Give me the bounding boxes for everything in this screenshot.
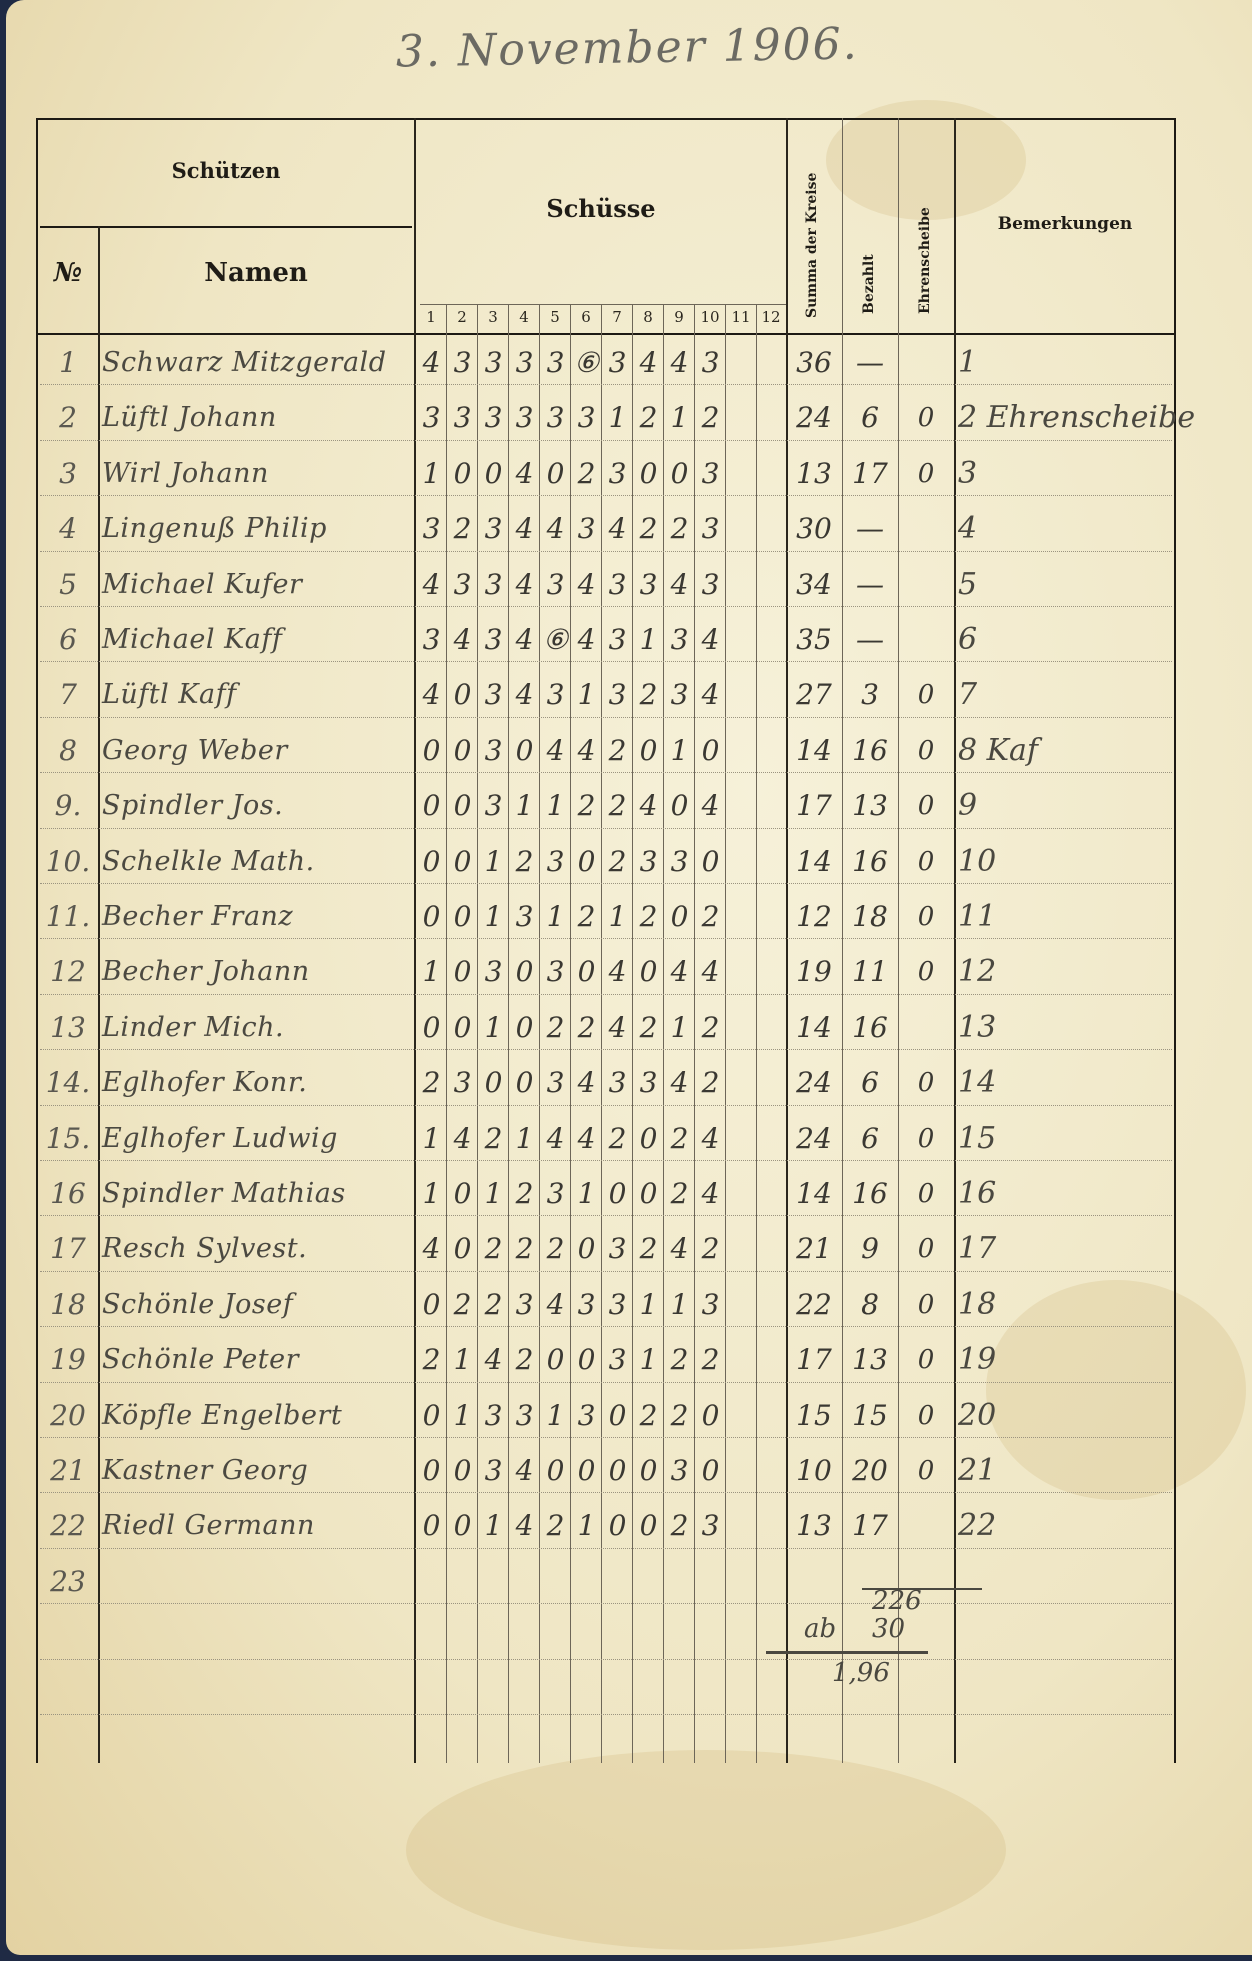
shot-numbers-top — [420, 304, 786, 305]
remark: 14 — [958, 1059, 1178, 1107]
shot-score: 3 — [664, 616, 695, 664]
shot-score: 2 — [664, 1336, 695, 1384]
shot-score: 3 — [695, 561, 726, 609]
shot-score: 0 — [416, 727, 447, 775]
shooter-name: Becher Johann — [102, 948, 422, 996]
table-row: 20Köpfle Engelbert01331302201515020 — [36, 1388, 1176, 1443]
shot-score: 1 — [571, 1170, 602, 1218]
table-row: 14.Eglhofer Konr.2300343342246014 — [36, 1055, 1176, 1110]
shot-score: 0 — [416, 893, 447, 941]
sum-of-rings: 22 — [786, 1281, 842, 1329]
shot-score: 2 — [633, 505, 664, 553]
shot-score: 2 — [664, 1115, 695, 1163]
shot-score: 3 — [602, 450, 633, 498]
shot-score: 4 — [695, 1170, 726, 1218]
shot-score: 0 — [447, 671, 478, 719]
paid-amount: 8 — [842, 1281, 898, 1329]
honor-target: 0 — [898, 838, 954, 886]
shot-score: 1 — [664, 394, 695, 442]
shot-score: 4 — [633, 339, 664, 387]
paid-amount: 15 — [842, 1392, 898, 1440]
paid-amount: 3 — [842, 671, 898, 719]
shot-score: 1 — [416, 450, 447, 498]
shot-score: 2 — [540, 1225, 571, 1273]
shot-score: 2 — [447, 505, 478, 553]
shooter-name: Resch Sylvest. — [102, 1225, 422, 1273]
paid-amount: 16 — [842, 1004, 898, 1052]
shot-score: 0 — [571, 948, 602, 996]
sum-of-rings: 36 — [786, 339, 842, 387]
row-number: 17 — [38, 1225, 98, 1273]
remark: 3 — [958, 450, 1178, 498]
shot-score: 1 — [571, 1502, 602, 1550]
shot-number-4: 4 — [509, 308, 539, 326]
shot-score: 3 — [571, 1281, 602, 1329]
remark: 16 — [958, 1170, 1178, 1218]
shot-score: 3 — [478, 394, 509, 442]
shot-score: 0 — [633, 1447, 664, 1495]
shot-score: 2 — [695, 394, 726, 442]
shooter-name: Kastner Georg — [102, 1447, 422, 1495]
sum-of-rings: 12 — [786, 893, 842, 941]
table-row: 13Linder Mich.0010224212141613 — [36, 1000, 1176, 1055]
shot-score: 2 — [633, 1225, 664, 1273]
paid-amount: 20 — [842, 1447, 898, 1495]
sum-of-rings: 24 — [786, 1059, 842, 1107]
shot-score: 2 — [695, 1059, 726, 1107]
remark: 2 Ehrenscheibe — [958, 394, 1178, 442]
sum-of-rings: 14 — [786, 1170, 842, 1218]
shooter-name: Georg Weber — [102, 727, 422, 775]
shot-score: 0 — [633, 948, 664, 996]
row-number: 6 — [38, 616, 98, 664]
honor-target: 0 — [898, 948, 954, 996]
shot-score — [478, 1558, 509, 1606]
shot-score: 3 — [416, 505, 447, 553]
shot-score: 0 — [416, 1447, 447, 1495]
sum-of-rings: 13 — [786, 1502, 842, 1550]
remark: 22 — [958, 1502, 1178, 1550]
paid-amount: 6 — [842, 394, 898, 442]
shot-score: 4 — [664, 1059, 695, 1107]
header-bemerkungen: Bemerkungen — [956, 214, 1174, 234]
table-row: 12Becher Johann10303040441911012 — [36, 944, 1176, 999]
row-number: 8 — [38, 727, 98, 775]
shot-score: 2 — [633, 893, 664, 941]
table-row: 18Schönle Josef0223433113228018 — [36, 1277, 1176, 1332]
shot-score: 2 — [509, 838, 540, 886]
paper-stain — [406, 1750, 1006, 1950]
shot-score: ⑥ — [571, 339, 602, 387]
header-bezahlt: Bezahlt — [861, 254, 877, 314]
shot-score: 3 — [540, 561, 571, 609]
total-value: 1,96 — [832, 1658, 890, 1688]
shot-score: 2 — [509, 1170, 540, 1218]
shot-score: 2 — [664, 505, 695, 553]
shot-score: 3 — [416, 394, 447, 442]
remark: 11 — [958, 893, 1178, 941]
paid-amount: 11 — [842, 948, 898, 996]
shooter-name — [102, 1558, 422, 1606]
paid-amount: — — [842, 561, 898, 609]
shooter-name: Spindler Mathias — [102, 1170, 422, 1218]
shot-score: 3 — [602, 1281, 633, 1329]
shot-score: 4 — [509, 561, 540, 609]
shot-score — [509, 1558, 540, 1606]
shot-score: 0 — [602, 1170, 633, 1218]
shot-score: 4 — [509, 505, 540, 553]
shot-score: 3 — [571, 394, 602, 442]
table-row: 6Michael Kaff3434⑥4313435—6 — [36, 612, 1176, 667]
shot-score: 0 — [416, 1502, 447, 1550]
shooter-name: Wirl Johann — [102, 450, 422, 498]
shooter-name: Linder Mich. — [102, 1004, 422, 1052]
shot-score: 0 — [447, 727, 478, 775]
paid-amount: 13 — [842, 1336, 898, 1384]
shot-score: 0 — [571, 1225, 602, 1273]
honor-target — [898, 505, 954, 553]
shooter-name: Riedl Germann — [102, 1502, 422, 1550]
shot-score: 3 — [478, 561, 509, 609]
shot-score: 4 — [664, 1225, 695, 1273]
shot-score: 0 — [664, 893, 695, 941]
shot-score: 4 — [695, 1115, 726, 1163]
shot-score: 2 — [571, 893, 602, 941]
remark: 15 — [958, 1115, 1178, 1163]
shot-score: 2 — [540, 1004, 571, 1052]
shot-score: 3 — [602, 671, 633, 719]
remark: 20 — [958, 1392, 1178, 1440]
honor-target — [898, 1004, 954, 1052]
deduction-value: 30 — [872, 1614, 905, 1644]
shot-score: 4 — [509, 1447, 540, 1495]
row-rule — [40, 1714, 1172, 1715]
shot-score: 0 — [571, 1336, 602, 1384]
shot-number-3: 3 — [478, 308, 508, 326]
shooter-name: Becher Franz — [102, 893, 422, 941]
shot-score: 3 — [602, 339, 633, 387]
sum-of-rings: 24 — [786, 394, 842, 442]
shot-score: 1 — [540, 1392, 571, 1440]
row-number: 15. — [38, 1115, 98, 1163]
paid-amount: 9 — [842, 1225, 898, 1273]
shot-score: 0 — [447, 1004, 478, 1052]
table-row: 4Lingenuß Philip323443422330—4 — [36, 501, 1176, 556]
shot-score: 3 — [664, 1447, 695, 1495]
shot-score: 1 — [540, 782, 571, 830]
shot-score: 0 — [416, 1392, 447, 1440]
row-number: 13 — [38, 1004, 98, 1052]
remark: 19 — [958, 1336, 1178, 1384]
page-title-date: 3. November 1906. — [395, 17, 916, 96]
shot-score: 3 — [478, 671, 509, 719]
header-nr: № — [40, 258, 96, 288]
shot-score: 0 — [509, 948, 540, 996]
honor-target: 0 — [898, 1170, 954, 1218]
shooter-name: Schönle Peter — [102, 1336, 422, 1384]
shot-score: 4 — [447, 616, 478, 664]
shot-score: 3 — [633, 561, 664, 609]
shot-score: 1 — [664, 727, 695, 775]
shot-score: 4 — [540, 1115, 571, 1163]
shot-number-9: 9 — [664, 308, 694, 326]
shooter-name: Michael Kaff — [102, 616, 422, 664]
shot-score: 0 — [478, 1059, 509, 1107]
sum-of-rings: 21 — [786, 1225, 842, 1273]
row-number: 3 — [38, 450, 98, 498]
honor-target: 0 — [898, 727, 954, 775]
shot-score: 4 — [571, 1059, 602, 1107]
shot-score: 1 — [602, 893, 633, 941]
shot-score: 0 — [416, 782, 447, 830]
sum-of-rings: 13 — [786, 450, 842, 498]
shot-score: 0 — [571, 1447, 602, 1495]
shot-score: 0 — [447, 782, 478, 830]
shot-score: 4 — [571, 1115, 602, 1163]
row-number: 14. — [38, 1059, 98, 1107]
shot-score: 2 — [695, 1225, 726, 1273]
schuetzen-divider — [40, 226, 412, 228]
shooter-name: Köpfle Engelbert — [102, 1392, 422, 1440]
shot-score: 3 — [478, 782, 509, 830]
shot-score: 4 — [416, 1225, 447, 1273]
honor-target — [898, 339, 954, 387]
sum-of-rings — [786, 1558, 842, 1606]
row-number: 12 — [38, 948, 98, 996]
paid-amount: — — [842, 505, 898, 553]
remark: 4 — [958, 505, 1178, 553]
table-row: 9.Spindler Jos.0031122404171309 — [36, 778, 1176, 833]
shooter-name: Schwarz Mitzgerald — [102, 339, 422, 387]
row-number: 18 — [38, 1281, 98, 1329]
shot-score: 0 — [695, 838, 726, 886]
shot-score: 3 — [695, 505, 726, 553]
paid-amount: — — [842, 339, 898, 387]
shot-score: 0 — [540, 1447, 571, 1495]
remark: 9 — [958, 782, 1178, 830]
shot-score: 2 — [664, 1502, 695, 1550]
shot-number-5: 5 — [540, 308, 570, 326]
shot-score: 2 — [633, 1392, 664, 1440]
shot-score: 4 — [695, 782, 726, 830]
shot-score: 3 — [602, 561, 633, 609]
shot-score: 0 — [447, 450, 478, 498]
ledger-page: 3. November 1906. Schützen № Namen — [6, 0, 1252, 1955]
shot-score: 4 — [509, 450, 540, 498]
shot-score: 0 — [447, 948, 478, 996]
shot-score: 3 — [602, 1336, 633, 1384]
shot-score: 3 — [540, 339, 571, 387]
remark: 13 — [958, 1004, 1178, 1052]
shot-score: 3 — [509, 1281, 540, 1329]
shot-score: 3 — [447, 339, 478, 387]
sum-of-rings: 19 — [786, 948, 842, 996]
row-number: 16 — [38, 1170, 98, 1218]
shot-score: 2 — [416, 1059, 447, 1107]
shot-score: 4 — [602, 948, 633, 996]
shot-score: 3 — [478, 948, 509, 996]
shot-score: 0 — [602, 1502, 633, 1550]
shot-score: 0 — [416, 1004, 447, 1052]
shooter-name: Eglhofer Ludwig — [102, 1115, 422, 1163]
sum-of-rings: 15 — [786, 1392, 842, 1440]
shot-score: 4 — [416, 671, 447, 719]
shot-score: 3 — [447, 394, 478, 442]
row-number: 11. — [38, 893, 98, 941]
honor-target: 0 — [898, 1059, 954, 1107]
shot-score: 3 — [540, 948, 571, 996]
row-number: 23 — [38, 1558, 98, 1606]
honor-target: 0 — [898, 782, 954, 830]
honor-target — [898, 1502, 954, 1550]
shot-score: 2 — [416, 1336, 447, 1384]
shot-score: 1 — [633, 616, 664, 664]
shot-score: 3 — [447, 561, 478, 609]
shot-score: 3 — [509, 394, 540, 442]
shot-score: 0 — [571, 838, 602, 886]
shot-score: 0 — [695, 727, 726, 775]
shot-score: 3 — [633, 838, 664, 886]
header-summa: Summa der Kreise — [804, 173, 820, 318]
table-row: 17Resch Sylvest.4022203242219017 — [36, 1221, 1176, 1276]
shot-score: 1 — [447, 1336, 478, 1384]
shot-score: 3 — [540, 1059, 571, 1107]
shot-score: 2 — [571, 450, 602, 498]
shot-score: 2 — [571, 782, 602, 830]
shooter-name: Schelkle Math. — [102, 838, 422, 886]
row-rule — [40, 1659, 1172, 1660]
shot-score: 3 — [695, 1502, 726, 1550]
shot-score: 2 — [633, 1004, 664, 1052]
shot-score: 0 — [478, 450, 509, 498]
shot-score: 4 — [447, 1115, 478, 1163]
shot-score: 1 — [664, 1004, 695, 1052]
shot-score: 3 — [416, 616, 447, 664]
shot-score: 1 — [447, 1392, 478, 1440]
shooter-name: Eglhofer Konr. — [102, 1059, 422, 1107]
shot-score: 2 — [509, 1336, 540, 1384]
remark: 5 — [958, 561, 1178, 609]
shot-score: 1 — [416, 1115, 447, 1163]
shot-score: 0 — [602, 1447, 633, 1495]
remark: 17 — [958, 1225, 1178, 1273]
shot-number-6: 6 — [571, 308, 601, 326]
honor-target: 0 — [898, 450, 954, 498]
shot-score: 3 — [478, 339, 509, 387]
row-number: 21 — [38, 1447, 98, 1495]
shot-score: 3 — [447, 1059, 478, 1107]
shot-score: 4 — [571, 727, 602, 775]
shot-score: 3 — [478, 1447, 509, 1495]
table-row: 3Wirl Johann1004023003131703 — [36, 446, 1176, 501]
sum-of-rings: 14 — [786, 727, 842, 775]
shot-number-2: 2 — [447, 308, 477, 326]
honor-target: 0 — [898, 893, 954, 941]
shot-score: 3 — [602, 1059, 633, 1107]
shot-score: 4 — [416, 339, 447, 387]
shot-score: 2 — [664, 1392, 695, 1440]
shot-score: 3 — [509, 893, 540, 941]
shot-score: 0 — [447, 1170, 478, 1218]
shot-score — [695, 1558, 726, 1606]
shot-score: 0 — [633, 727, 664, 775]
paid-amount: 18 — [842, 893, 898, 941]
shot-score: 2 — [633, 394, 664, 442]
paid-amount: 13 — [842, 782, 898, 830]
shot-score: 0 — [664, 450, 695, 498]
header-ehrenscheibe: Ehrenscheibe — [917, 207, 933, 314]
shot-score: 0 — [447, 1502, 478, 1550]
sum-of-rings: 24 — [786, 1115, 842, 1163]
shot-score: 3 — [478, 727, 509, 775]
shooter-name: Schönle Josef — [102, 1281, 422, 1329]
shot-score: 4 — [571, 561, 602, 609]
shot-score: 3 — [695, 1281, 726, 1329]
honor-target — [898, 616, 954, 664]
shot-score: 1 — [509, 782, 540, 830]
shot-score: 1 — [509, 1115, 540, 1163]
shot-number-12: 12 — [756, 308, 786, 326]
shot-score: 2 — [602, 727, 633, 775]
honor-target: 0 — [898, 1447, 954, 1495]
row-number: 10. — [38, 838, 98, 886]
row-number: 4 — [38, 505, 98, 553]
shot-score: 1 — [571, 671, 602, 719]
table-row: 2Lüftl Johann333333121224602 Ehrenscheib… — [36, 390, 1176, 445]
sum-of-rings: 17 — [786, 782, 842, 830]
shot-score: 2 — [695, 1336, 726, 1384]
shot-score: 3 — [602, 1225, 633, 1273]
sum-of-rings: 17 — [786, 1336, 842, 1384]
shot-score: 0 — [447, 893, 478, 941]
table-row: 19Schönle Peter21420031221713019 — [36, 1332, 1176, 1387]
shot-score: 3 — [695, 450, 726, 498]
table-row: 15.Eglhofer Ludwig1421442024246015 — [36, 1111, 1176, 1166]
total-line — [766, 1651, 928, 1654]
shot-score: 4 — [633, 782, 664, 830]
shooter-name: Lüftl Johann — [102, 394, 422, 442]
shot-score: 4 — [540, 505, 571, 553]
shot-score: 4 — [664, 561, 695, 609]
shooter-name: Michael Kufer — [102, 561, 422, 609]
table-top-border — [36, 118, 1176, 120]
shot-score: 0 — [540, 450, 571, 498]
honor-target: 0 — [898, 1281, 954, 1329]
table-row: 7Lüftl Kaff403431323427307 — [36, 667, 1176, 722]
shot-score: 3 — [633, 1059, 664, 1107]
shot-score: 0 — [664, 782, 695, 830]
shot-score: 3 — [540, 671, 571, 719]
honor-target: 0 — [898, 1392, 954, 1440]
shot-score: 1 — [540, 893, 571, 941]
table-row: 21Kastner Georg00340000301020021 — [36, 1443, 1176, 1498]
shot-score: 2 — [664, 1170, 695, 1218]
shot-score — [664, 1558, 695, 1606]
shot-score: 4 — [695, 616, 726, 664]
shot-score — [540, 1558, 571, 1606]
shot-score: 3 — [478, 505, 509, 553]
shot-score: 3 — [509, 339, 540, 387]
paid-amount: 16 — [842, 727, 898, 775]
header-namen: Namen — [100, 258, 412, 288]
shot-score: 0 — [695, 1447, 726, 1495]
paid-amount: 17 — [842, 1502, 898, 1550]
row-number: 7 — [38, 671, 98, 719]
remark: 8 Kaf — [958, 727, 1178, 775]
shot-score: 4 — [478, 1336, 509, 1384]
shot-number-8: 8 — [633, 308, 663, 326]
shot-score: 2 — [602, 838, 633, 886]
